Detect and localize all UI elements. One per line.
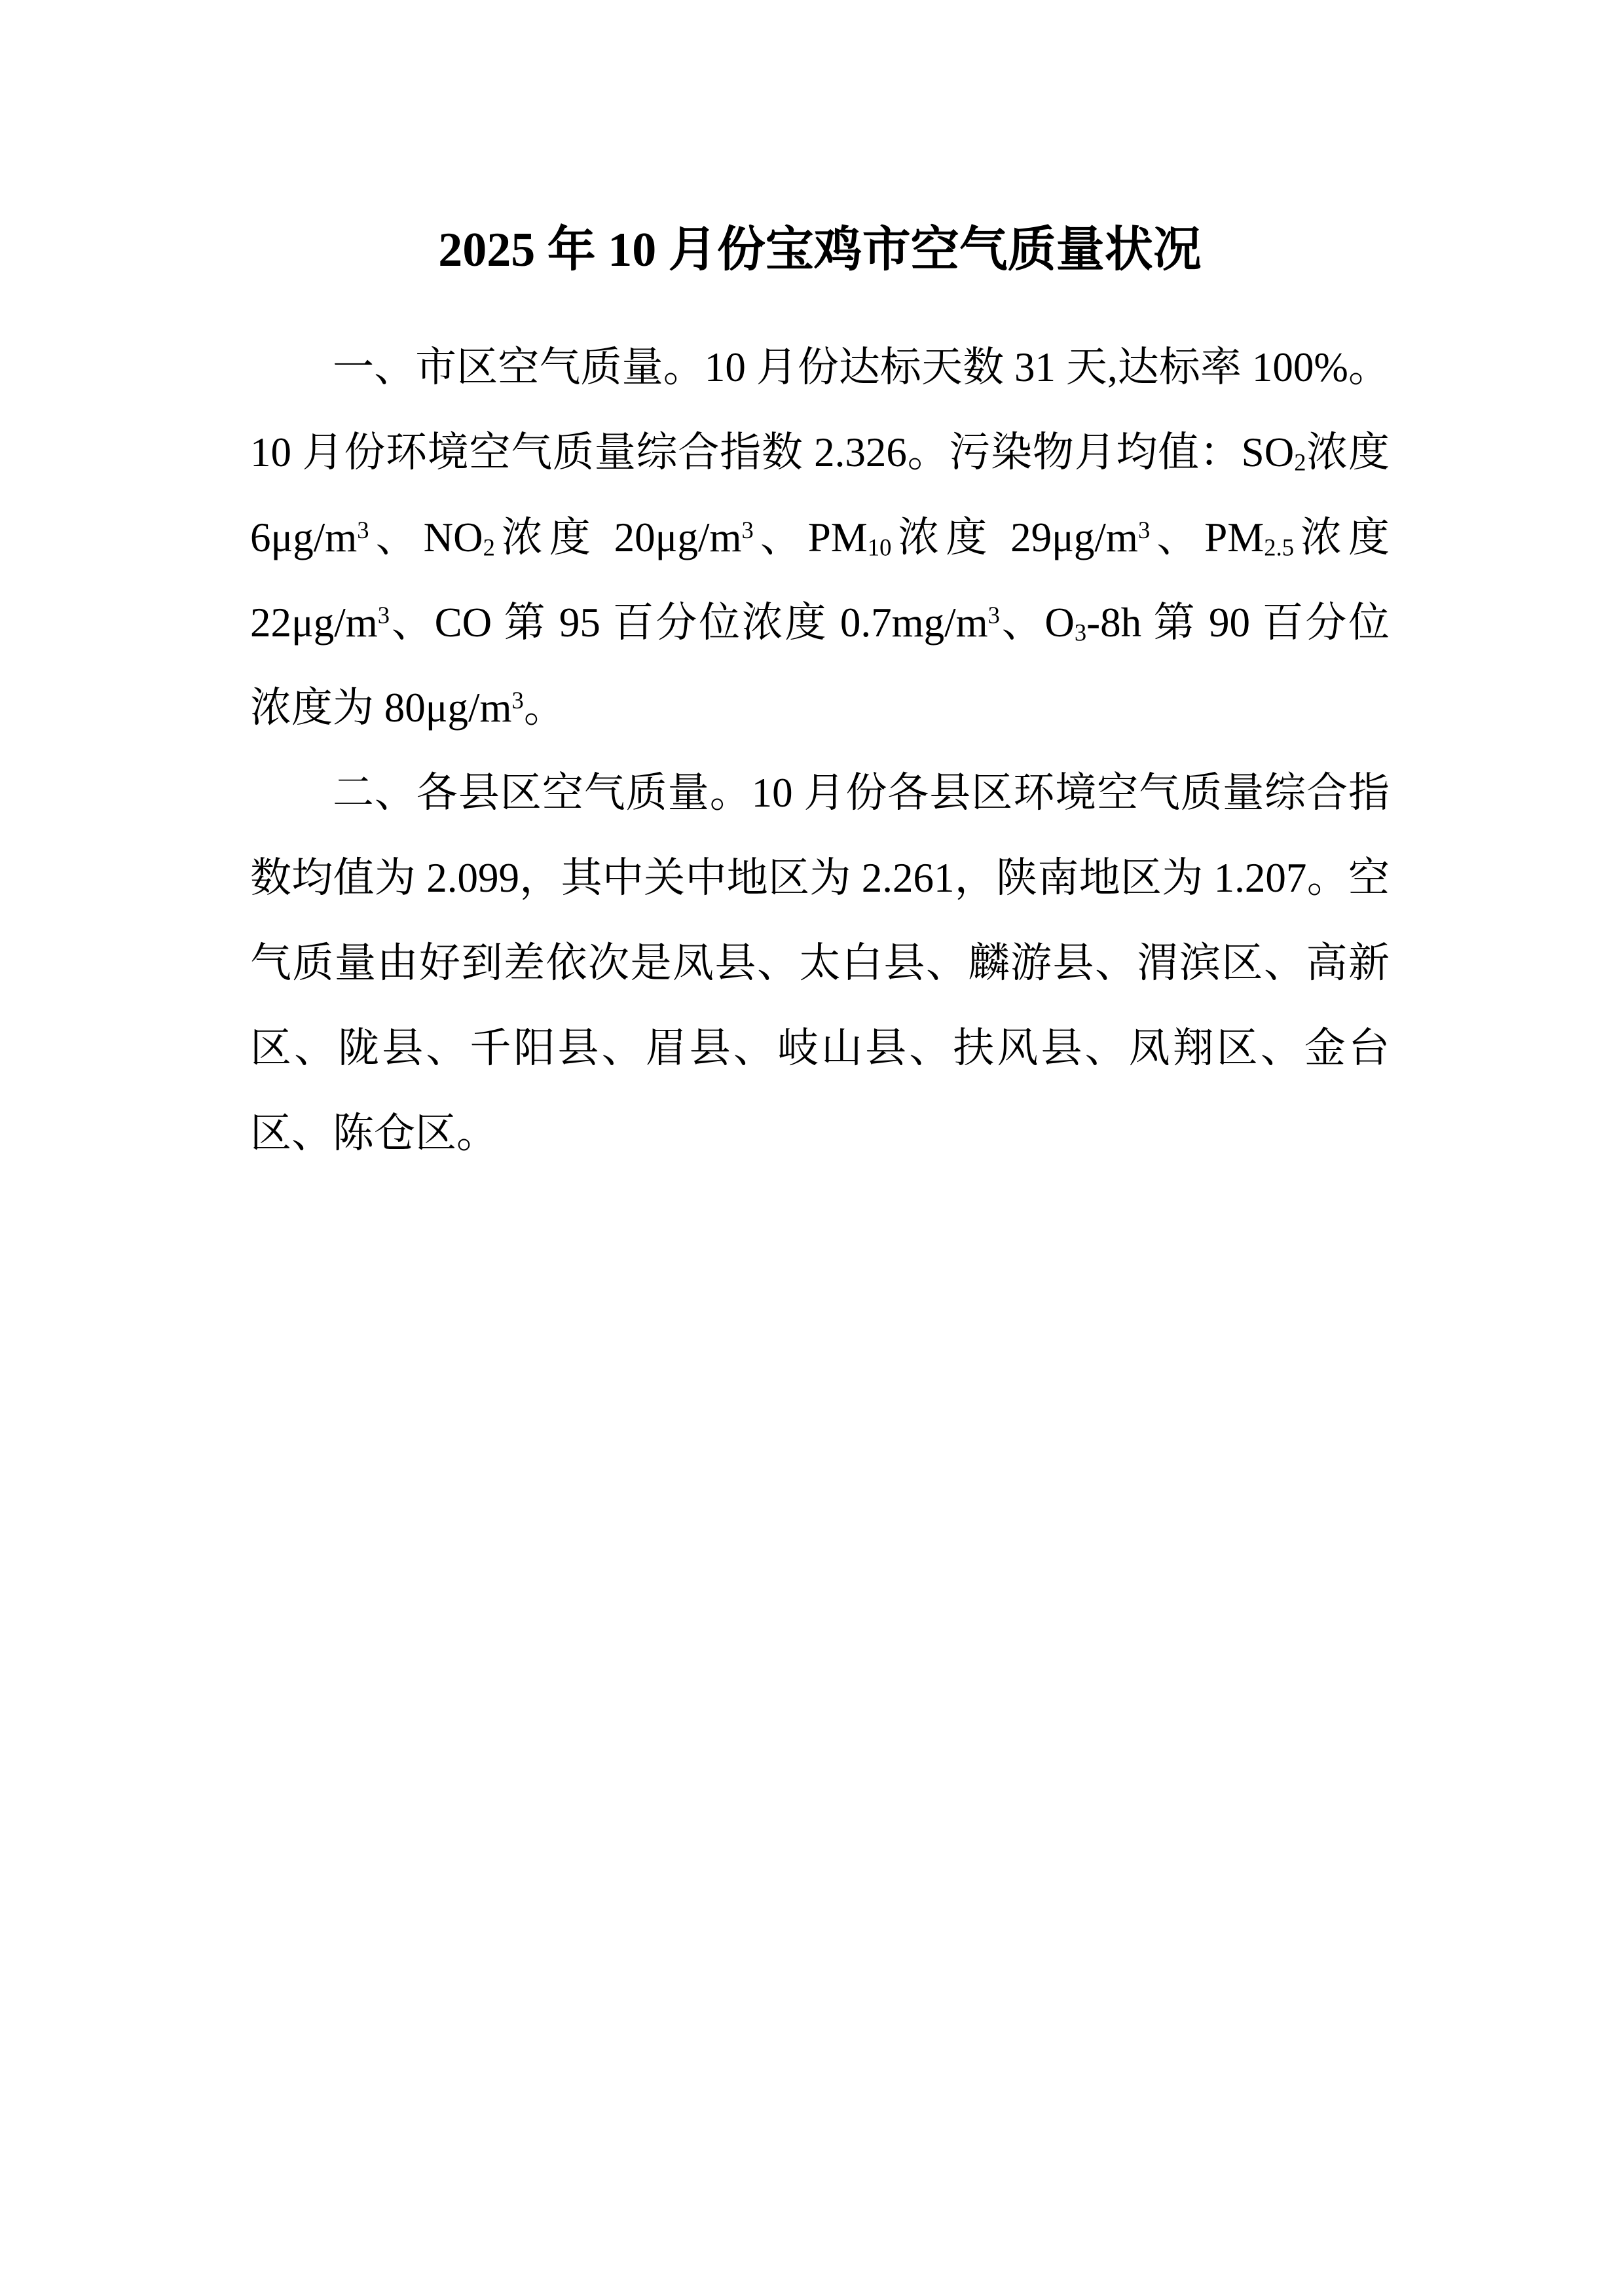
- text-run: 3: [357, 517, 369, 543]
- text-run: 、O: [1000, 600, 1075, 646]
- text-run: 10: [868, 534, 892, 561]
- text-run: 3: [741, 517, 753, 543]
- text-run: 。: [524, 685, 565, 731]
- text-run: 浓度 29μg/m: [891, 515, 1138, 560]
- text-run: 浓度 20μg/m: [495, 515, 742, 560]
- text-run: 二、各县区空气质量。10 月份各县区环境空气质量综合指数均值为 2.099，其中…: [250, 770, 1390, 1156]
- text-run: 3: [512, 687, 524, 714]
- text-run: 2: [483, 534, 495, 561]
- document-page: 2025 年 10 月份宝鸡市空气质量状况 一、市区空气质量。10 月份达标天数…: [0, 0, 1624, 2296]
- paragraph-city-air-quality: 一、市区空气质量。10 月份达标天数 31 天,达标率 100%。10 月份环境…: [250, 325, 1390, 750]
- text-run: 、NO: [369, 515, 483, 560]
- text-run: 、PM: [754, 515, 868, 560]
- text-run: 2.5: [1264, 534, 1294, 561]
- paragraph-county-air-quality: 二、各县区空气质量。10 月份各县区环境空气质量综合指数均值为 2.099，其中…: [250, 750, 1390, 1176]
- text-run: 2: [1294, 449, 1306, 476]
- text-run: 、CO 第 95 百分位浓度 0.7mg/m: [390, 600, 988, 646]
- text-run: 3: [1075, 619, 1086, 646]
- text-run: 3: [378, 602, 390, 629]
- text-run: 3: [988, 602, 1000, 629]
- text-run: 、PM: [1150, 515, 1264, 560]
- document-title: 2025 年 10 月份宝鸡市空气质量状况: [250, 217, 1390, 283]
- text-run: 3: [1138, 517, 1150, 543]
- text-run: 一、市区空气质量。10 月份达标天数 31 天,达标率 100%。10 月份环境…: [250, 344, 1390, 475]
